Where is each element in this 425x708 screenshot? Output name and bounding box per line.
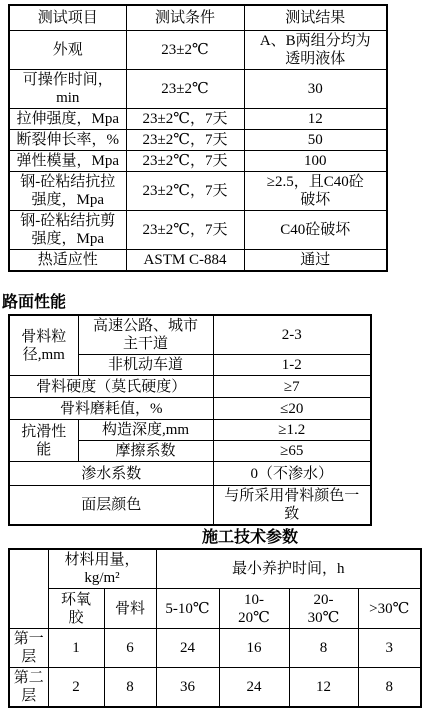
cell-result: A、B两组分均为 透明液体 [244, 30, 387, 69]
pavement-performance-table: 骨料粒 径,mm 高速公路、城市 主干道 2-3 非机动车道 1-2 骨料硬度（… [8, 314, 372, 526]
cell-condition: 23±2℃ [126, 69, 244, 108]
row-second-layer: 第二 层 2 8 36 24 12 8 [9, 668, 421, 708]
construction-header-row-2: 环氧 胶 骨料 5-10℃ 10- 20℃ 20- 30℃ >30℃ [9, 589, 421, 629]
test-table-header-row: 测试项目 测试条件 测试结果 [9, 5, 387, 30]
test-results-table: 测试项目 测试条件 测试结果 外观 23±2℃ A、B两组分均为 透明液体 可操… [8, 4, 388, 272]
cell-color-label: 面层颜色 [9, 486, 213, 526]
row-bond-shear: 钢-砼粘结抗剪 强度，Mpa 23±2℃，7天 C40砼破坏 [9, 210, 387, 249]
cell-item: 断裂伸长率，% [9, 129, 126, 150]
cell-item: 钢-砼粘结抗剪 强度，Mpa [9, 210, 126, 249]
row-first-layer: 第一 层 1 6 24 16 8 3 [9, 629, 421, 668]
cell-layer-label: 第二 层 [9, 668, 48, 708]
construction-header-row-1: 材料用量， kg/m² 最小养护时间，h [9, 549, 421, 589]
cell-abrasion-value: ≤20 [213, 398, 371, 420]
row-aggregate-size-highway: 骨料粒 径,mm 高速公路、城市 主干道 2-3 [9, 315, 371, 355]
cell-condition: 23±2℃，7天 [126, 150, 244, 171]
cell-aggregate: 8 [104, 668, 156, 708]
cell-friction-value: ≥65 [213, 441, 371, 462]
cell-result: 12 [244, 108, 387, 129]
cell-result: 30 [244, 69, 387, 108]
cell-highway-label: 高速公路、城市 主干道 [78, 315, 213, 355]
header-temp-over-30: >30℃ [358, 589, 421, 629]
header-test-condition: 测试条件 [126, 5, 244, 30]
header-aggregate: 骨料 [104, 589, 156, 629]
cell-epoxy: 1 [48, 629, 104, 668]
header-temp-5-10: 5-10℃ [156, 589, 219, 629]
cell-result: ≥2.5，且C40砼 破坏 [244, 171, 387, 210]
cell-condition: ASTM C-884 [126, 249, 244, 271]
cell-condition: 23±2℃，7天 [126, 171, 244, 210]
header-test-result: 测试结果 [244, 5, 387, 30]
cell-epoxy: 2 [48, 668, 104, 708]
row-bond-tensile: 钢-砼粘结抗拉 强度，Mpa 23±2℃，7天 ≥2.5，且C40砼 破坏 [9, 171, 387, 210]
cell-item: 可操作时间， min [9, 69, 126, 108]
row-appearance: 外观 23±2℃ A、B两组分均为 透明液体 [9, 30, 387, 69]
header-temp-10-20: 10- 20℃ [219, 589, 289, 629]
row-aggregate-abrasion: 骨料磨耗值，% ≤20 [9, 398, 371, 420]
header-curing-time: 最小养护时间，h [156, 549, 421, 589]
cell-item: 弹性模量，Mpa [9, 150, 126, 171]
cell-cure-over-30: 8 [358, 668, 421, 708]
header-epoxy: 环氧 胶 [48, 589, 104, 629]
cell-color-value: 与所采用骨料颜色一 致 [213, 486, 371, 526]
cell-texture-label: 构造深度,mm [78, 420, 213, 441]
cell-hardness-value: ≥7 [213, 376, 371, 398]
cell-condition: 23±2℃，7天 [126, 210, 244, 249]
cell-antiskid-label: 抗滑性 能 [9, 420, 78, 462]
cell-item: 外观 [9, 30, 126, 69]
empty-corner-cell [9, 549, 48, 629]
cell-nonmotor-value: 1-2 [213, 355, 371, 376]
row-working-time: 可操作时间， min 23±2℃ 30 [9, 69, 387, 108]
row-tensile-strength: 拉伸强度，Mpa 23±2℃，7天 12 [9, 108, 387, 129]
header-temp-20-30: 20- 30℃ [289, 589, 358, 629]
cell-item: 热适应性 [9, 249, 126, 271]
cell-cure-20-30: 12 [289, 668, 358, 708]
cell-item: 钢-砼粘结抗拉 强度，Mpa [9, 171, 126, 210]
row-permeability: 渗水系数 0（不渗水） [9, 462, 371, 486]
cell-permeability-label: 渗水系数 [9, 462, 213, 486]
cell-cure-20-30: 8 [289, 629, 358, 668]
cell-aggregate: 6 [104, 629, 156, 668]
cell-item: 拉伸强度，Mpa [9, 108, 126, 129]
cell-aggregate-size-label: 骨料粒 径,mm [9, 315, 78, 376]
header-material-usage: 材料用量， kg/m² [48, 549, 156, 589]
construction-parameters-heading: 施工技术参数 [0, 529, 425, 547]
cell-cure-10-20: 24 [219, 668, 289, 708]
row-surface-color: 面层颜色 与所采用骨料颜色一 致 [9, 486, 371, 526]
cell-highway-value: 2-3 [213, 315, 371, 355]
pavement-performance-heading: 路面性能 [2, 294, 425, 312]
cell-cure-10-20: 16 [219, 629, 289, 668]
cell-result: 100 [244, 150, 387, 171]
cell-cure-5-10: 36 [156, 668, 219, 708]
row-elongation: 断裂伸长率，% 23±2℃，7天 50 [9, 129, 387, 150]
cell-cure-over-30: 3 [358, 629, 421, 668]
cell-hardness-label: 骨料硬度（莫氏硬度） [9, 376, 213, 398]
cell-permeability-value: 0（不渗水） [213, 462, 371, 486]
cell-condition: 23±2℃ [126, 30, 244, 69]
cell-layer-label: 第一 层 [9, 629, 48, 668]
cell-condition: 23±2℃，7天 [126, 129, 244, 150]
cell-texture-value: ≥1.2 [213, 420, 371, 441]
cell-nonmotor-label: 非机动车道 [78, 355, 213, 376]
cell-condition: 23±2℃，7天 [126, 108, 244, 129]
construction-parameters-table: 材料用量， kg/m² 最小养护时间，h 环氧 胶 骨料 5-10℃ 10- 2… [8, 548, 422, 708]
row-texture-depth: 抗滑性 能 构造深度,mm ≥1.2 [9, 420, 371, 441]
row-elastic-modulus: 弹性模量，Mpa 23±2℃，7天 100 [9, 150, 387, 171]
row-aggregate-hardness: 骨料硬度（莫氏硬度） ≥7 [9, 376, 371, 398]
cell-friction-label: 摩擦系数 [78, 441, 213, 462]
cell-cure-5-10: 24 [156, 629, 219, 668]
cell-result: 50 [244, 129, 387, 150]
header-test-item: 测试项目 [9, 5, 126, 30]
cell-result: 通过 [244, 249, 387, 271]
cell-result: C40砼破坏 [244, 210, 387, 249]
row-thermal-adaptability: 热适应性 ASTM C-884 通过 [9, 249, 387, 271]
cell-abrasion-label: 骨料磨耗值，% [9, 398, 213, 420]
